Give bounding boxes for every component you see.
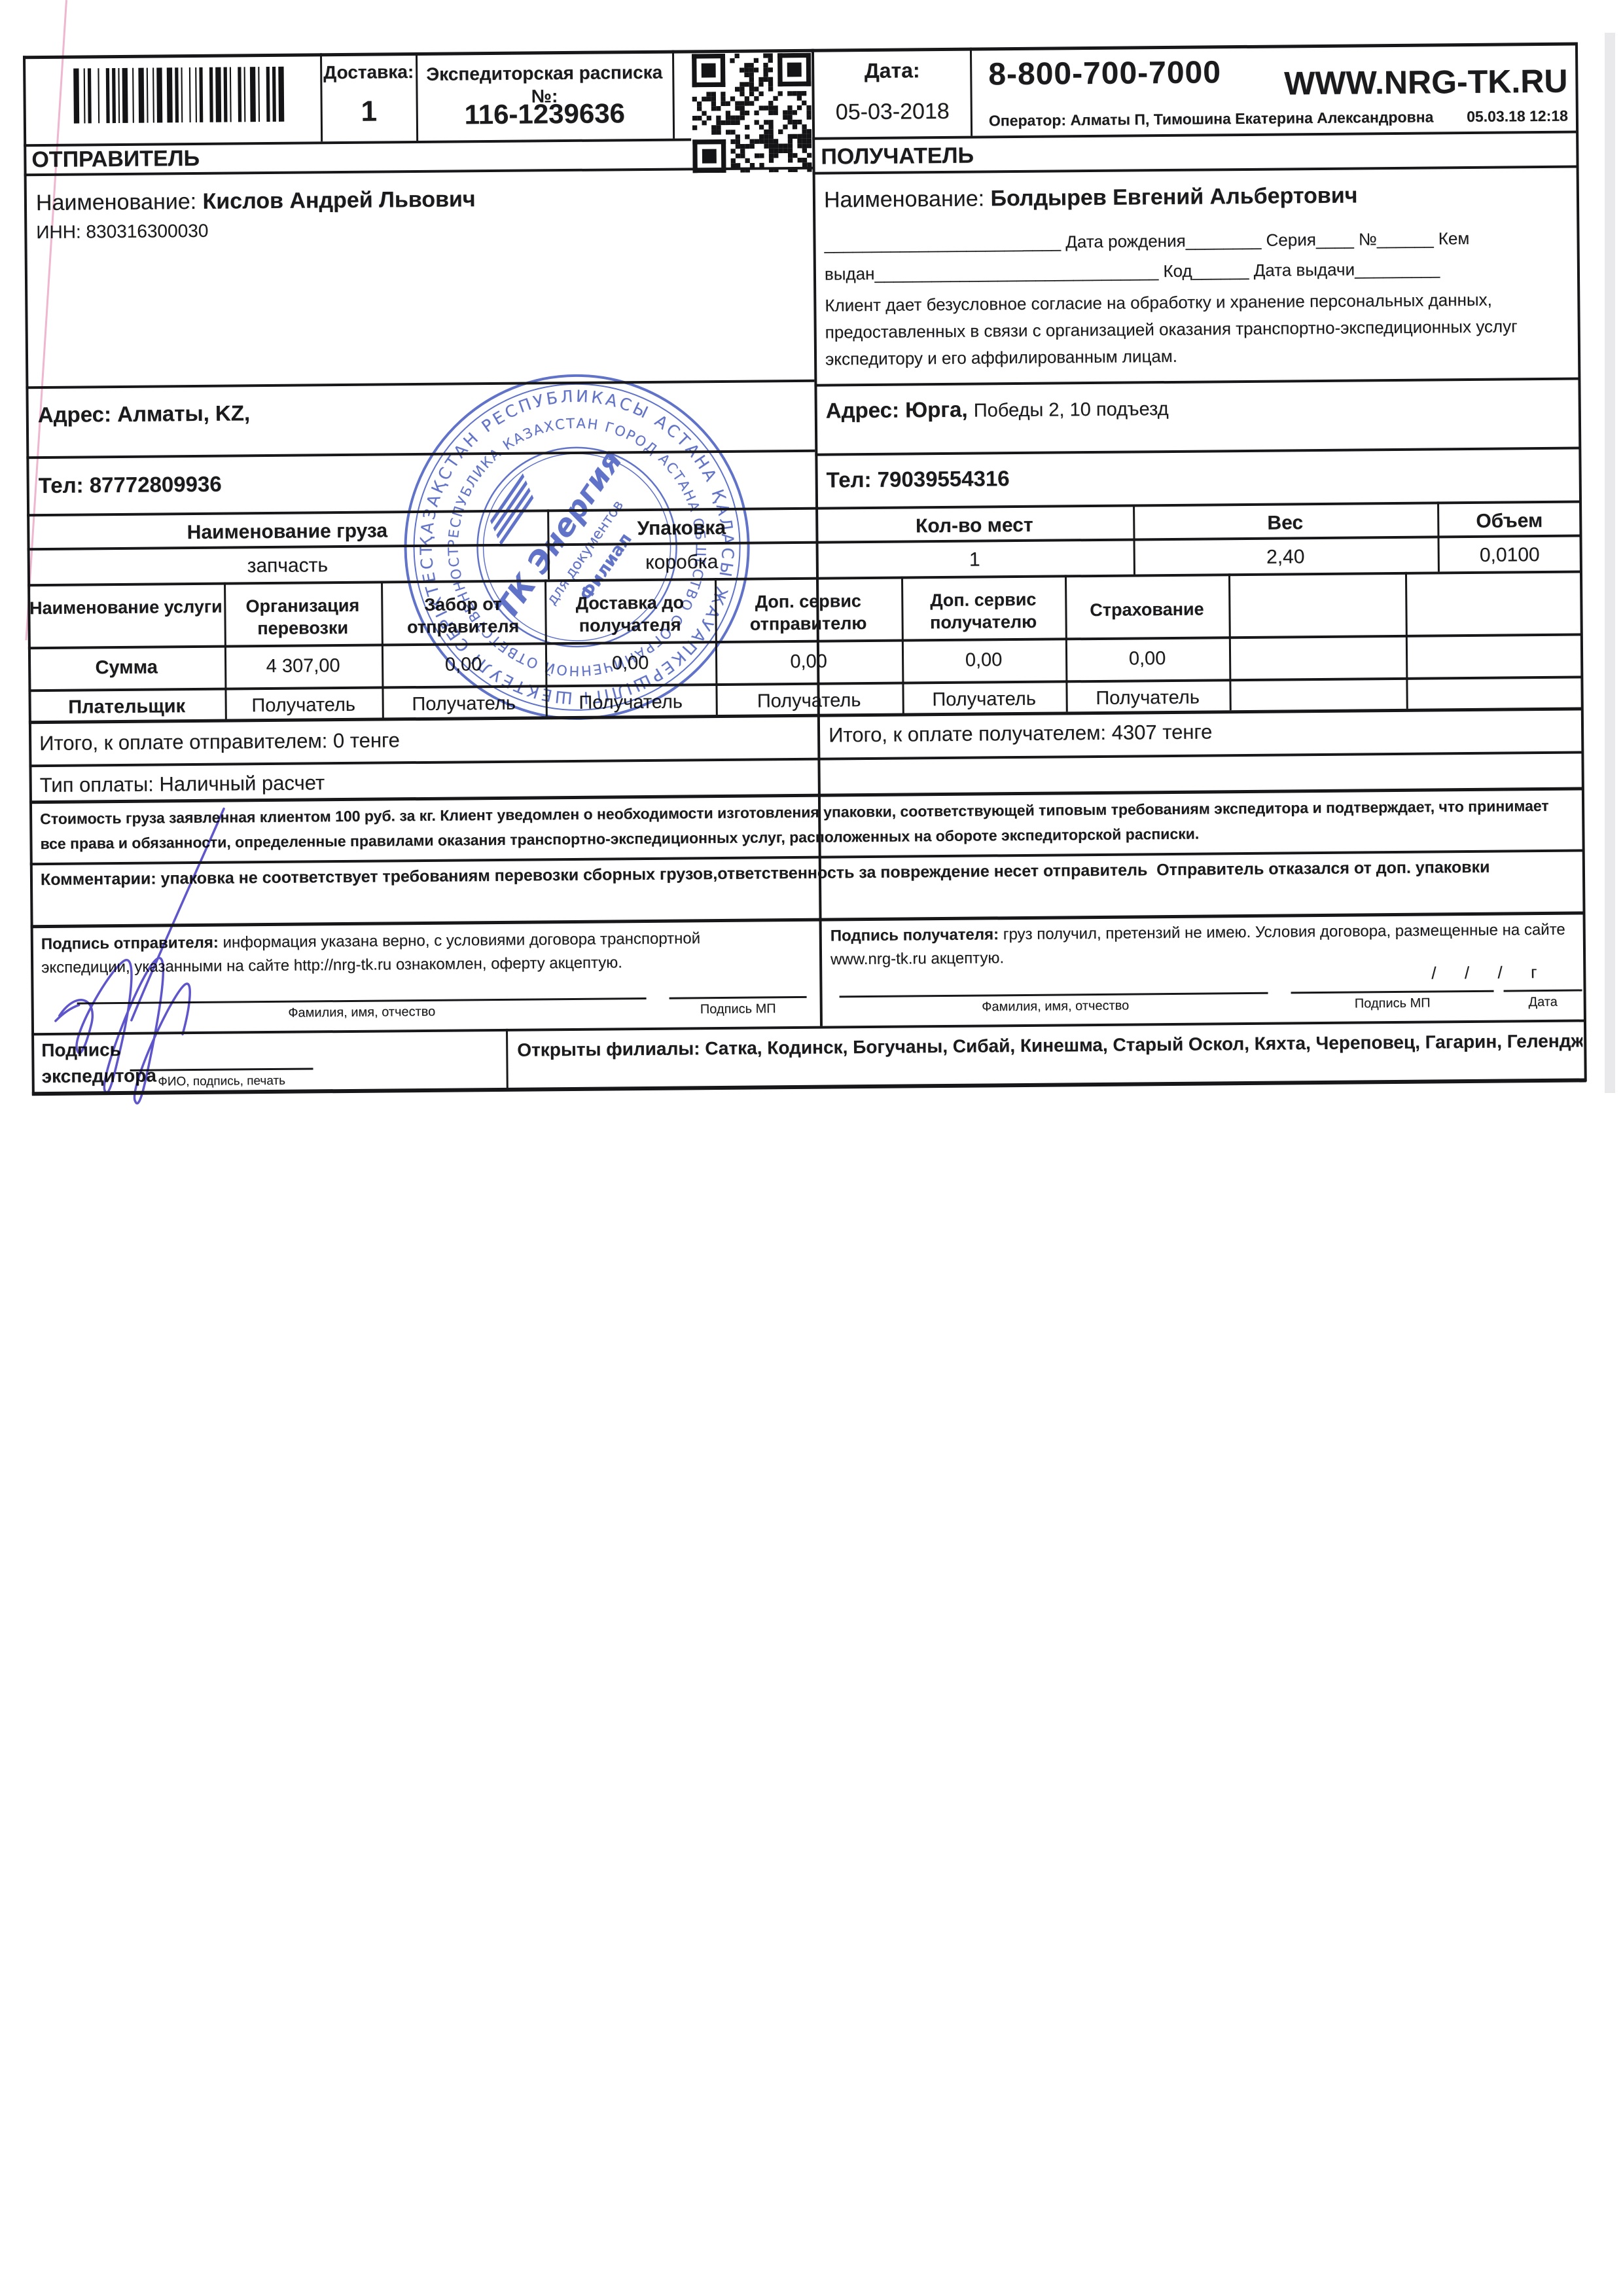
sender-name: Кислов Андрей Львович [202,187,475,214]
delivery-label: Доставка: [323,60,414,84]
cargo-header-volume: Объем [1437,509,1581,534]
cargo-value-places: 1 [816,546,1133,573]
services-payer-5: Получатель [1065,685,1229,710]
receiver-name: Болдырев Евгений Альбертович [990,183,1357,211]
cargo-header-places: Кол-во мест [815,512,1133,539]
branches-line: Открыты филиалы: Сатка, Кодинск, Богучан… [517,1030,1582,1062]
stamp-label-receiver: Подпись МП [1291,995,1494,1013]
scanned-document-page: Доставка: 1 Экспедиторская расписка №: 1… [0,0,1623,2296]
services-col-0: Организация перевозки [224,595,382,641]
delivery-value: 1 [323,93,415,130]
grid-line [506,1029,508,1089]
receiver-address-city: Адрес: Юрга, [826,397,968,423]
receiver-total: Итого, к оплате получателем: 4307 тенге [829,719,1213,748]
sender-total: Итого, к оплате отправителем: 0 тенге [39,728,400,757]
grid-line [814,378,1580,387]
date-label: Дата: [814,57,970,84]
sender-inn: ИНН: 830316300030 [36,219,208,243]
services-payer-label: Плательщик [29,694,225,720]
sender-name-label: Наименование: [36,189,196,215]
receiver-section-title: ПОЛУЧАТЕЛЬ [821,142,974,171]
barcode [72,64,289,126]
services-col-5: Страхование [1065,598,1228,622]
stamp-rule-receiver [1291,990,1494,994]
passport-line-1: _________________________ Дата рождения_… [824,228,1469,255]
date-label-receiver: Дата [1504,994,1582,1011]
grid-line [1405,572,1408,709]
services-payer-0: Получатель [225,693,382,718]
operator-line: Оператор: Алматы П, Тимошина Екатерина А… [989,107,1486,130]
services-row-header: Наименование услуги [27,596,224,620]
qr-code [692,53,812,173]
cargo-value-volume: 0,0100 [1438,543,1582,568]
sender-phone: Тел: 87772809936 [39,471,222,499]
sender-handwritten-signature [46,802,323,1132]
sender-section-title: ОТПРАВИТЕЛЬ [31,145,200,174]
date-value: 05-03-2018 [815,98,971,127]
services-sum-5: 0,00 [1065,646,1229,671]
date-rule-receiver [1504,990,1582,992]
stamp-rule-sender [669,996,807,999]
sender-address: Адрес: Алматы, KZ, [38,399,251,428]
cargo-value-weight: 2,40 [1133,543,1438,571]
company-round-stamp: ҚАЗАҚСТАН РЕСПУБЛИКАСЫ АСТАНА ҚАЛАСЫ ЖАУ… [392,362,762,732]
grid-line [815,447,1580,456]
grid-line [1065,575,1068,711]
receipt-number-value: 116-1239636 [419,96,671,133]
sender-name-line: Наименование: Кислов Андрей Львович [36,183,802,217]
services-sum-4: 0,00 [902,647,1065,672]
cargo-header-weight: Вес [1133,509,1437,537]
print-timestamp: 05.03.18 12:18 [1450,107,1568,126]
receiver-phone: Тел: 79039554316 [827,465,1010,493]
services-col-4: Доп. сервис получателю [901,588,1065,634]
grid-line [1228,573,1232,710]
fio-label-receiver: Фамилия, имя, отчество [902,997,1209,1016]
stamp-label-sender: Подпись МП [669,1001,807,1018]
grid-line [970,48,972,136]
payment-type: Тип оплаты: Наличный расчет [40,770,325,798]
services-payer-4: Получатель [902,687,1065,711]
personal-data-consent: Клиент дает безусловное согласие на обра… [825,286,1561,373]
grid-line [24,138,691,147]
scanner-edge-shadow [1605,33,1615,1093]
receiver-name-line: Наименование: Болдырев Евгений Альбертов… [824,180,1570,214]
receiver-address-line: Адрес: Юрга, Победы 2, 10 подъезд [826,391,1572,424]
date-slashes: / / / г [1431,961,1537,984]
receiver-signature-lead: Подпись получателя: [830,925,999,944]
passport-line-2: выдан______________________________ Код_… [825,258,1440,285]
forwarding-receipt-form: Доставка: 1 Экспедиторская расписка №: 1… [23,43,1586,1096]
grid-line [812,131,1578,140]
services-sum-0: 4 307,00 [224,654,382,679]
services-sum-label: Сумма [28,655,224,681]
receiver-address-rest: Победы 2, 10 подъезд [974,399,1169,422]
website: WWW.NRG-TK.RU [1198,61,1568,105]
receiver-name-label: Наименование: [824,186,984,212]
grid-line [672,50,675,139]
